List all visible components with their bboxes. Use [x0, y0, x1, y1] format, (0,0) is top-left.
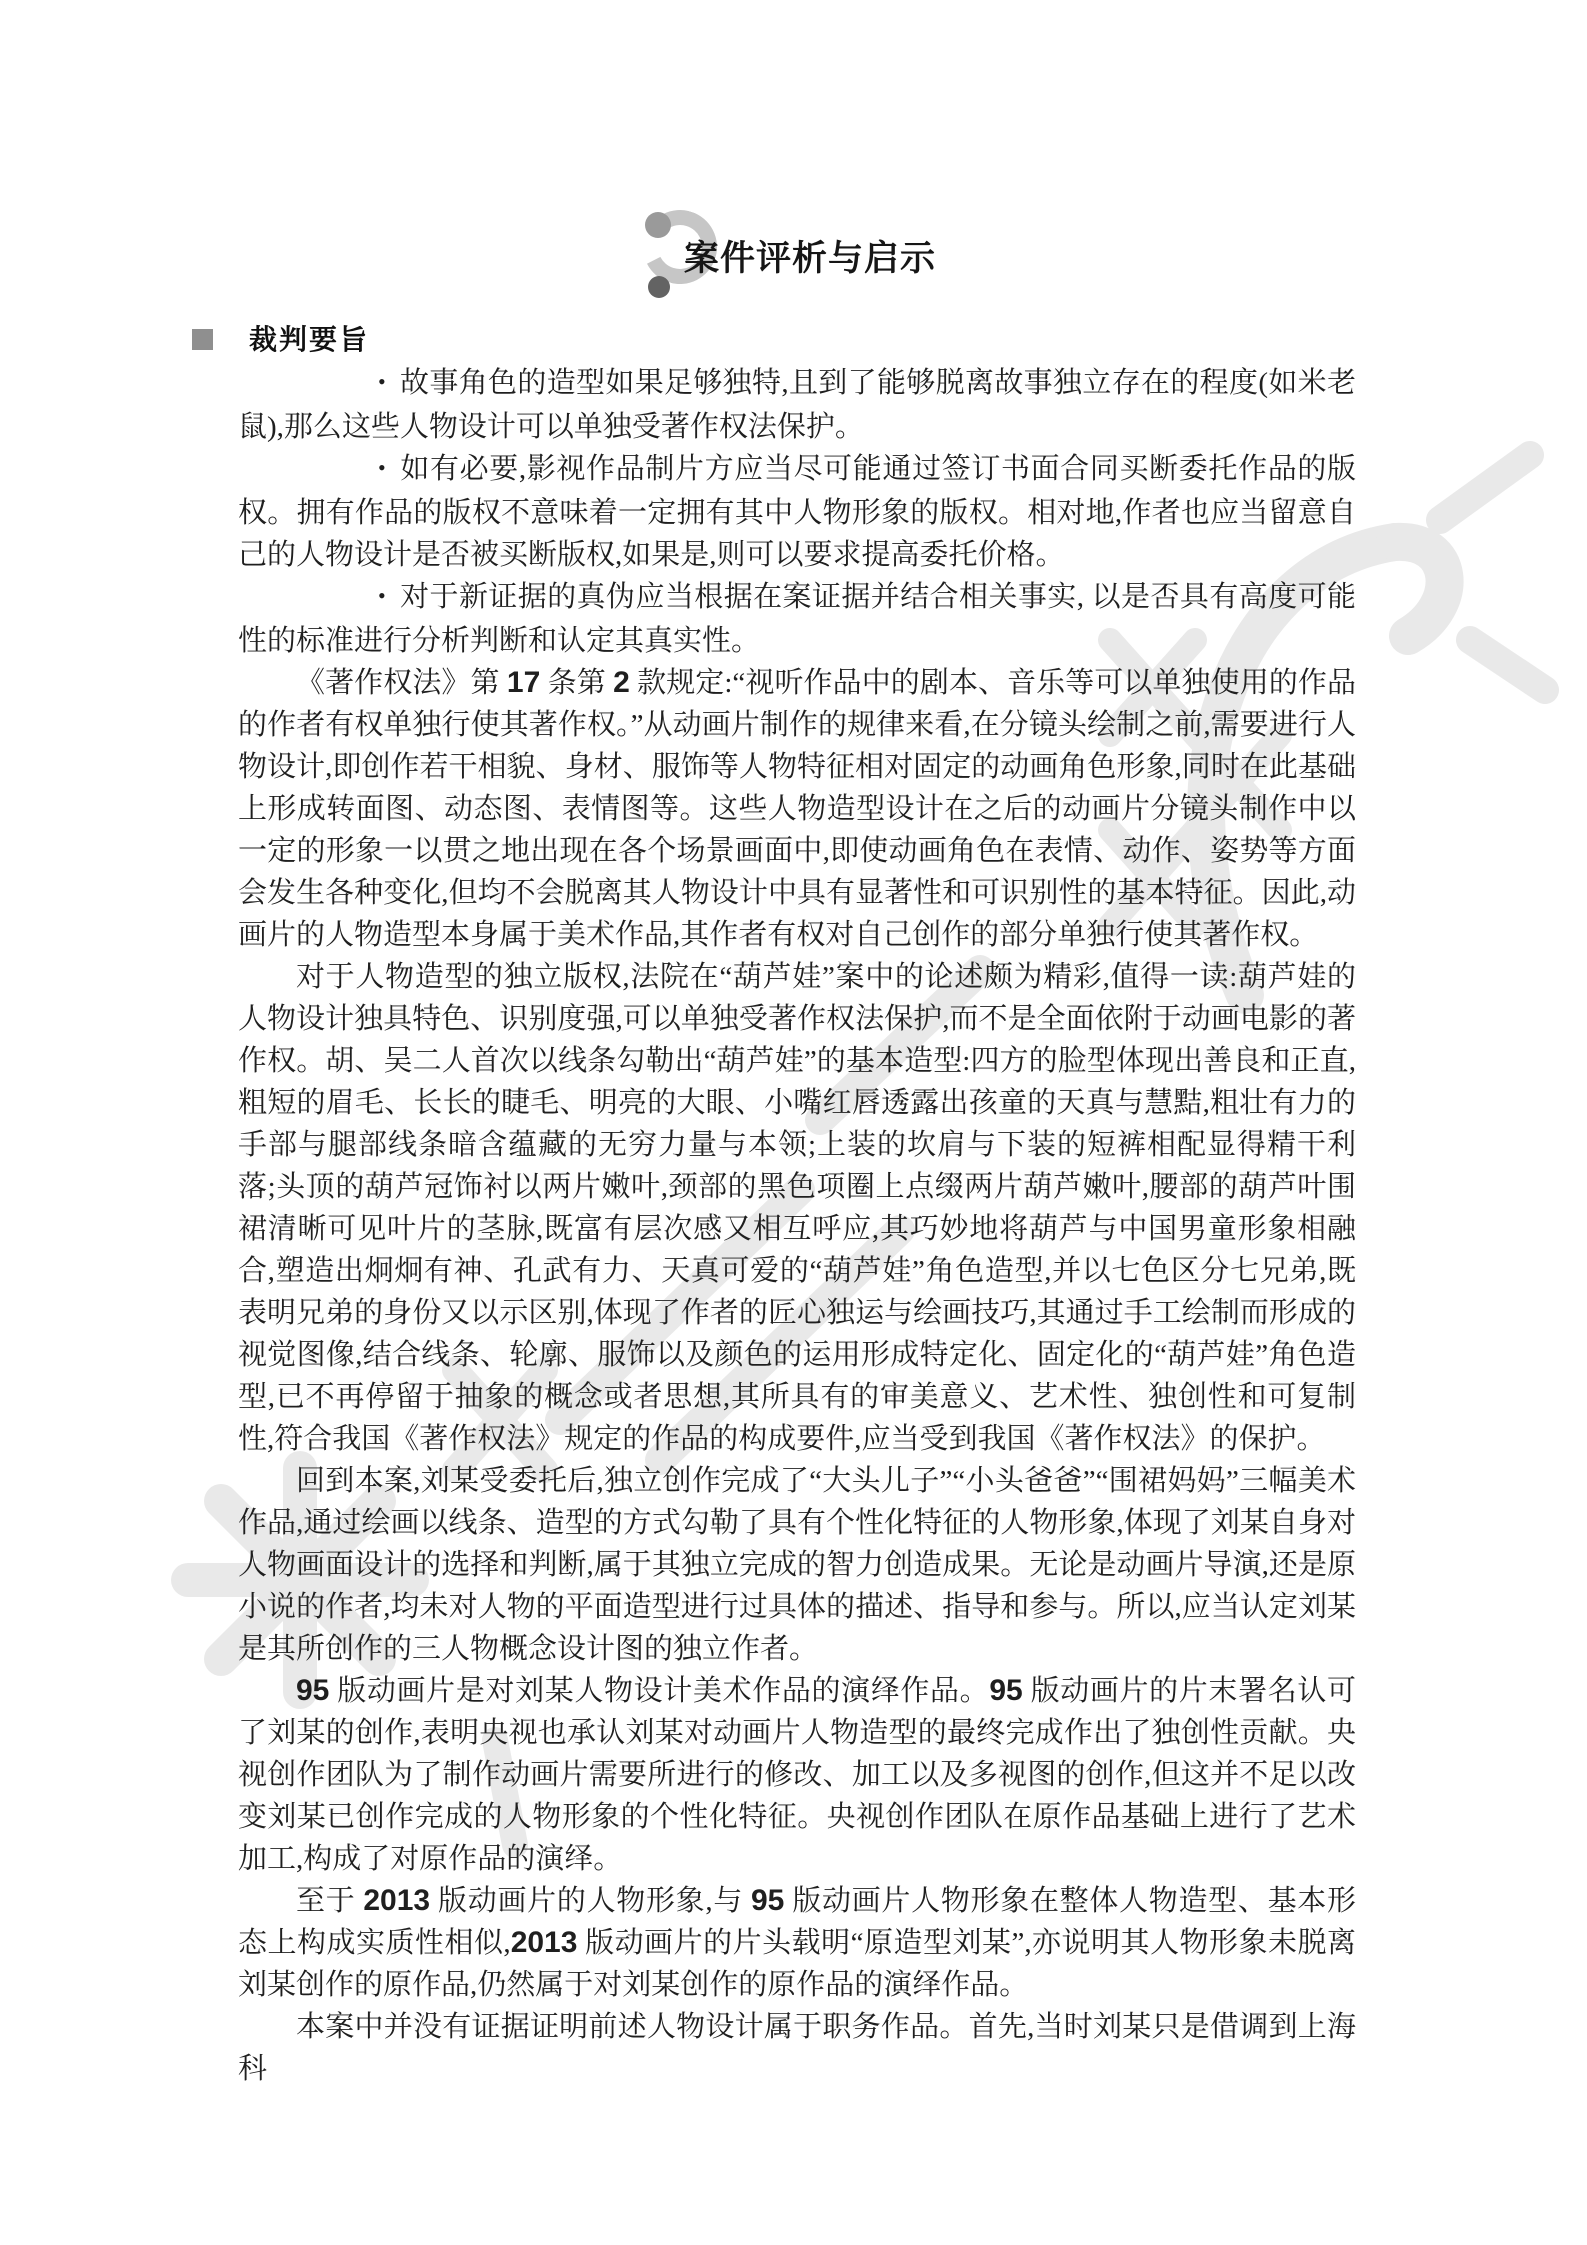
body-paragraph: 对于人物造型的独立版权,法院在“葫芦娃”案中的论述颇为精彩,值得一读:葫芦娃的人… [238, 956, 1356, 1460]
body-paragraph: 至于 2013 版动画片的人物形象,与 95 版动画片人物形象在整体人物造型、基… [238, 1880, 1356, 2006]
document-page: 案件评析与启示 裁判要旨 •故事角色的造型如果足够独特,且到了能够脱离故事独立存… [0, 0, 1587, 2245]
bullet-paragraph: •对于新证据的真伪应当根据在案证据并结合相关事实, 以是否具有高度可能性的标准进… [238, 576, 1356, 662]
numeral-run: 2 [613, 666, 630, 699]
swirl-dot-bottom [648, 276, 670, 298]
numeral-run: 17 [507, 666, 540, 699]
body-paragraph: 回到本案,刘某受委托后,独立创作完成了“大头儿子”“小头爸爸”“围裙妈妈”三幅美… [238, 1460, 1356, 1670]
body-paragraph: 《著作权法》第 17 条第 2 款规定:“视听作品中的剧本、音乐等可以单独使用的… [238, 662, 1356, 956]
bullet-paragraph: •如有必要,影视作品制片方应当尽可能通过签订书面合同买断委托作品的版权。拥有作品… [238, 448, 1356, 576]
numeral-run: 95 [751, 1884, 784, 1917]
numeral-run: 95 [989, 1674, 1022, 1707]
text-run: 条第 [540, 667, 613, 699]
text-run: 《著作权法》第 [296, 667, 507, 699]
text-run: 版动画片是对刘某人物设计美术作品的演绎作品。 [329, 1675, 989, 1707]
numeral-run: 2013 [363, 1884, 430, 1917]
text-run: 故事角色的造型如果足够独特,且到了能够脱离故事独立存在的程度(如米老鼠),那么这… [238, 367, 1356, 443]
text-run: 至于 [296, 1885, 363, 1917]
bullet-dot-icon: • [308, 361, 386, 403]
text-run: 款规定:“视听作品中的剧本、音乐等可以单独使用的作品的作者有权单独行使其著作权。… [238, 667, 1356, 951]
section-heading: 裁判要旨 [192, 318, 369, 358]
page-title: 案件评析与启示 [684, 231, 936, 281]
text-run: 版动画片的人物形象,与 [430, 1885, 751, 1917]
swirl-dot-top [645, 212, 671, 238]
text-run: 对于人物造型的独立版权,法院在“葫芦娃”案中的论述颇为精彩,值得一读:葫芦娃的人… [238, 961, 1356, 1455]
bullet-dot-icon: • [308, 447, 386, 489]
body-text: •故事角色的造型如果足够独特,且到了能够脱离故事独立存在的程度(如米老鼠),那么… [238, 362, 1356, 2090]
bullet-paragraph: •故事角色的造型如果足够独特,且到了能够脱离故事独立存在的程度(如米老鼠),那么… [238, 362, 1356, 448]
bullet-dot-icon: • [308, 575, 386, 617]
watermark-fragment-strokes [1440, 455, 1545, 690]
square-bullet-icon [192, 329, 213, 350]
text-run: 本案中并没有证据证明前述人物设计属于职务作品。首先,当时刘某只是借调到上海科 [238, 2011, 1356, 2085]
text-run: 对于新证据的真伪应当根据在案证据并结合相关事实, 以是否具有高度可能性的标准进行… [238, 581, 1356, 657]
numeral-run: 95 [296, 1674, 329, 1707]
body-paragraph: 95 版动画片是对刘某人物设计美术作品的演绎作品。95 版动画片的片末署名认可了… [238, 1670, 1356, 1880]
section-heading-label: 裁判要旨 [249, 318, 369, 358]
text-run: 回到本案,刘某受委托后,独立创作完成了“大头儿子”“小头爸爸”“围裙妈妈”三幅美… [238, 1465, 1356, 1665]
numeral-run: 2013 [511, 1926, 578, 1959]
chapter-header: 案件评析与启示 [0, 0, 1587, 310]
text-run: 如有必要,影视作品制片方应当尽可能通过签订书面合同买断委托作品的版权。拥有作品的… [238, 453, 1356, 571]
body-paragraph: 本案中并没有证据证明前述人物设计属于职务作品。首先,当时刘某只是借调到上海科 [238, 2006, 1356, 2090]
